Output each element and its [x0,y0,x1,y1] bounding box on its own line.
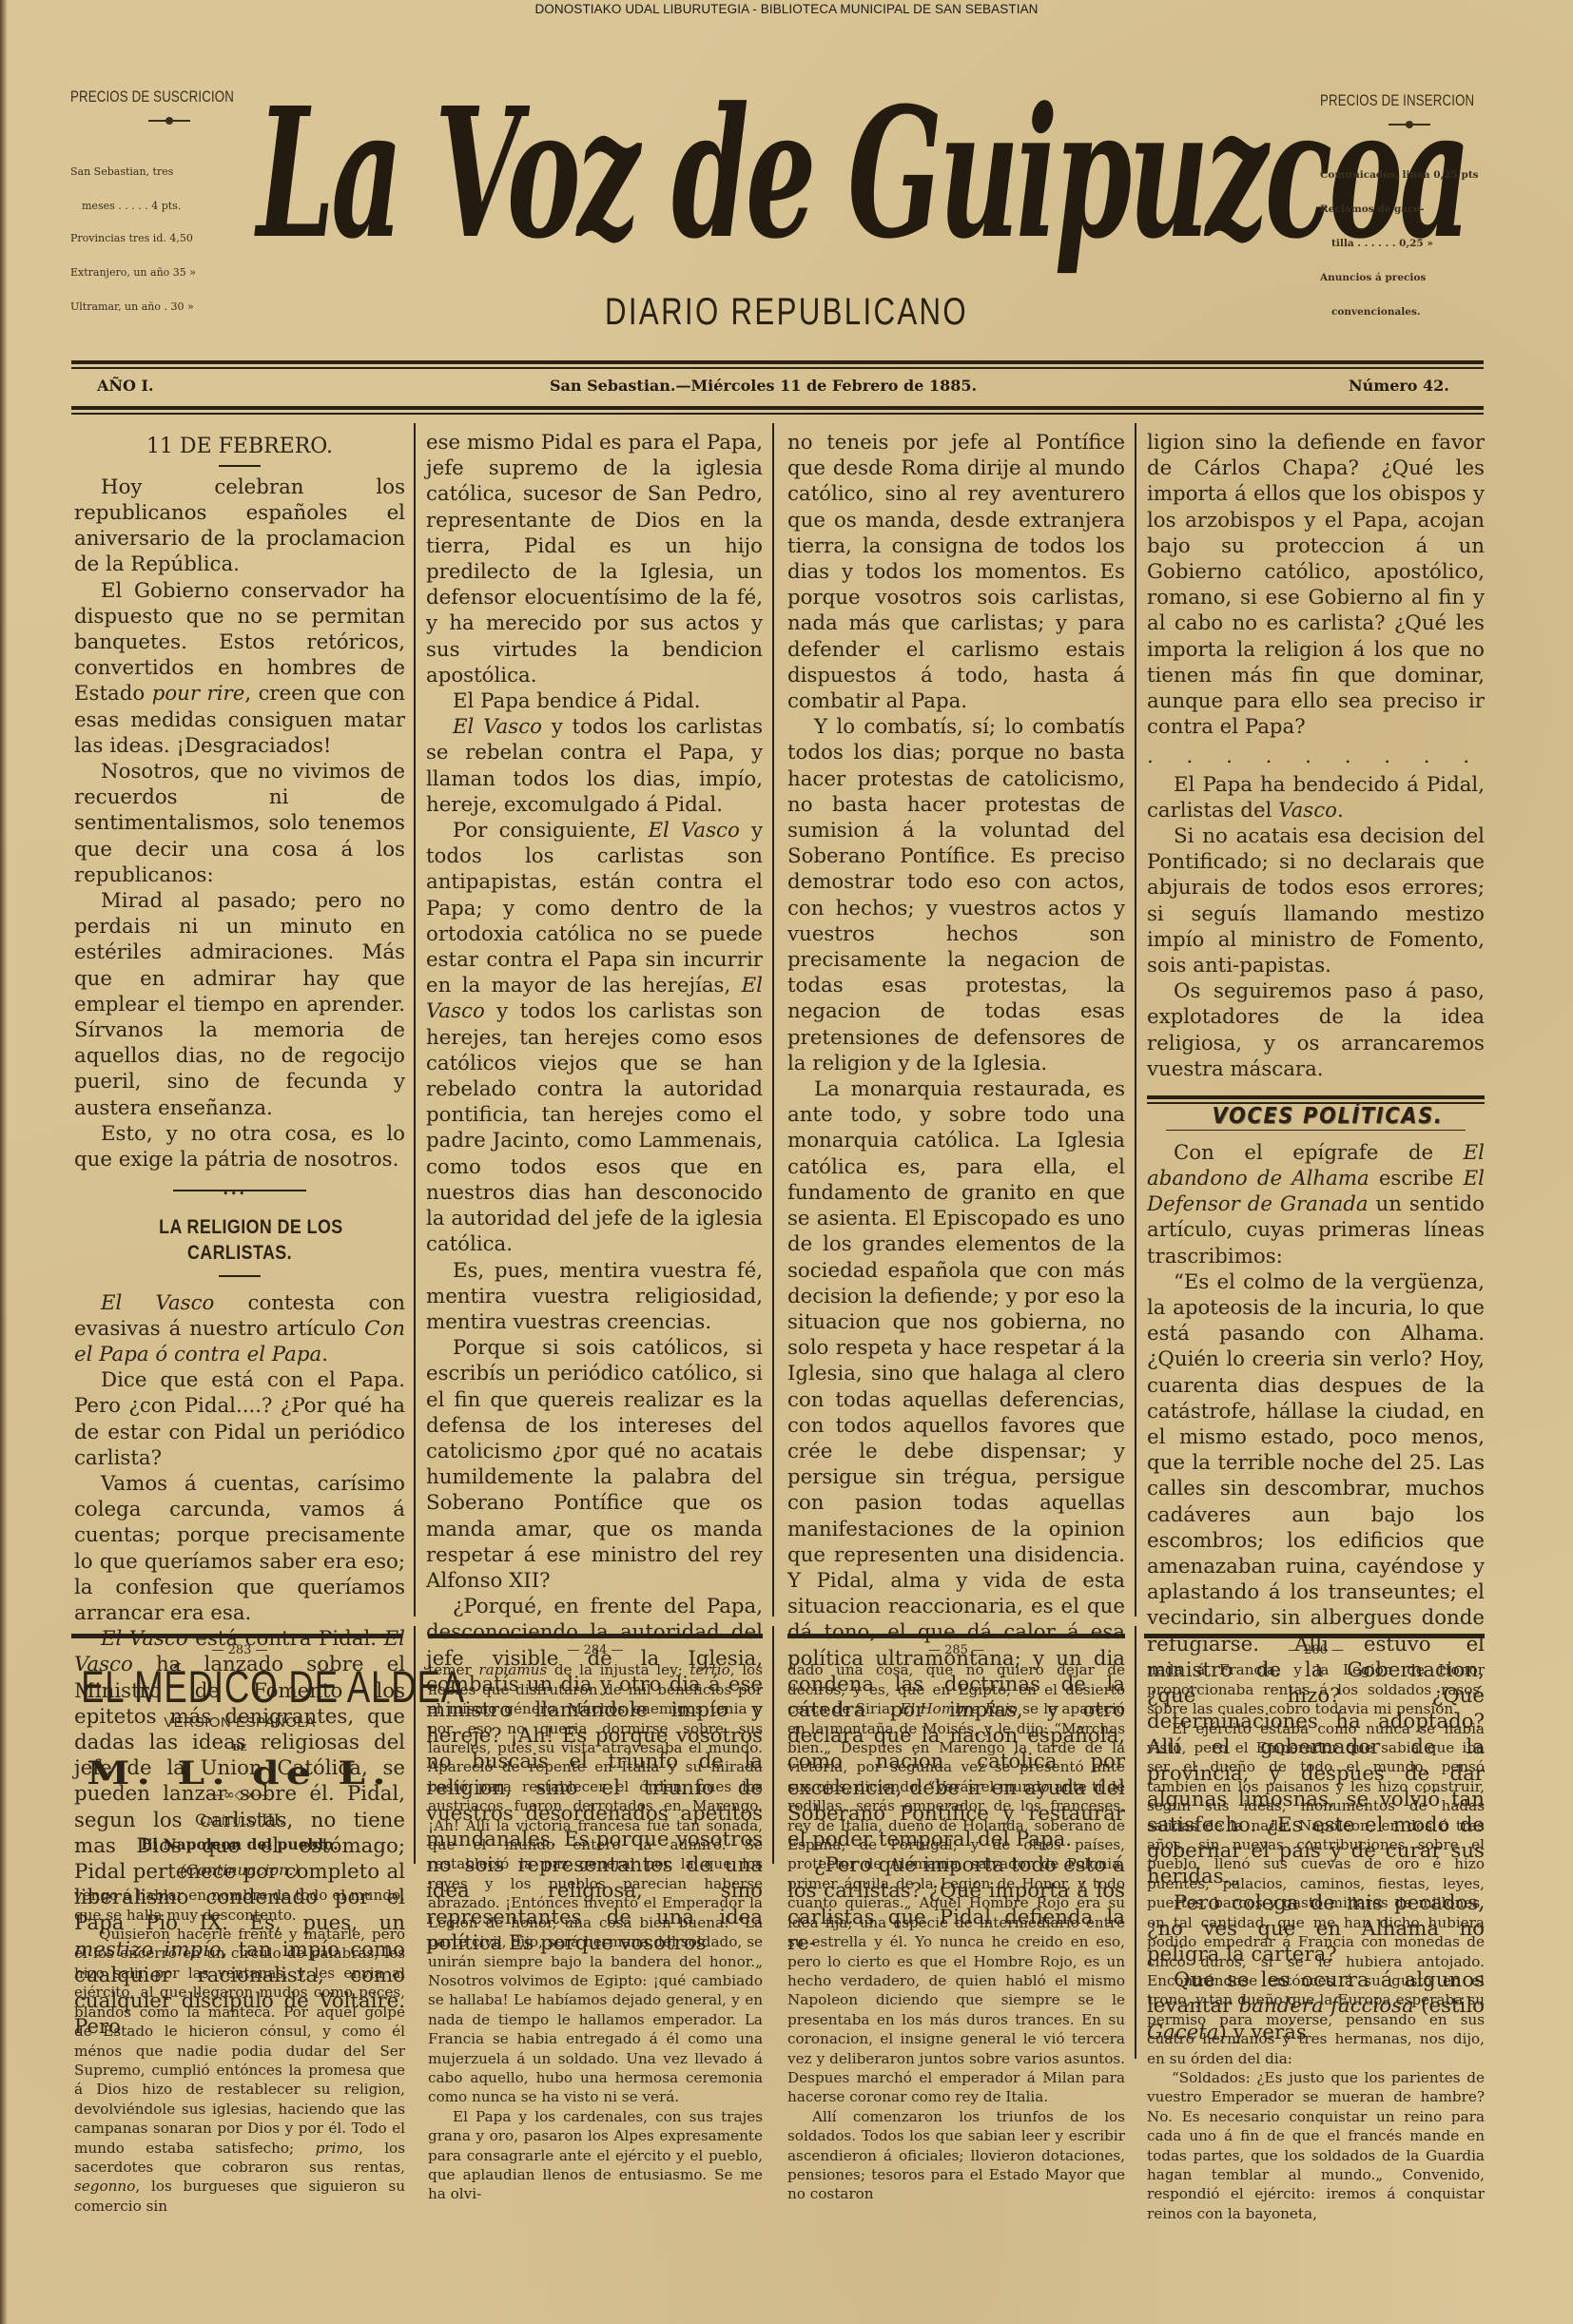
italic-text: pour rire [152,682,245,706]
folletin-column-2: — 284 — temer rapiamus de la injusta ley… [428,1641,763,2204]
section-title: VOCES POLÍTICAS. [1164,1104,1468,1130]
italic-text: El Vasco [426,974,763,1023]
column-divider [414,423,416,1617]
column-divider [772,423,774,1617]
italic-text: El Hombre Rojo [900,1700,1018,1717]
price-line: convencionales. [1331,306,1421,318]
price-line: Reclamos de gace- [1320,203,1425,215]
section-rule [1147,1095,1485,1099]
paragraph: El Vasco y todos los carlistas se rebela… [426,714,763,818]
paragraph: ese mismo Pidal es para el Papa, jefe su… [426,430,763,688]
paragraph: Vamos á cuentas, carísimo colega carcund… [74,1471,405,1626]
dateline-rule [71,406,1484,410]
serial-author: M. L. de L. [41,1764,438,1783]
paragraph: Con el epígrafe de El abandono de Alhama… [1147,1140,1485,1269]
italic-text: Con el Papa ó contra el Papa [74,1317,405,1366]
title-rule [219,1275,261,1277]
paragraph: Dice que está con el Papa. Pero ¿con Pid… [74,1367,405,1471]
paragraph: Hoy celebran los republicanos españoles … [74,474,405,578]
price-line: meses . . . . . 4 pts. [82,200,181,212]
page-edge-shadow [0,0,8,2324]
page-number: — 283 — [74,1641,405,1660]
ellipsis-row: . . . . . . . . . . . . . . . [1147,744,1485,769]
price-line: San Sebastian, tres [70,165,173,178]
ornamental-rule [173,1190,306,1191]
paragraph: El Gobierno conservador ha dispuesto que… [74,578,405,759]
subscription-title: PRECIOS DE SUSCRICION [70,87,219,107]
masthead-rule [71,360,1484,364]
price-line: Provincias tres id. 4,50 [70,232,193,244]
paragraph: ligion sino la defiende en favor de Cárl… [1147,430,1485,740]
column-divider [772,1626,774,1864]
issue-number: Número 42. [1349,377,1449,395]
italic-text: El abandono de Alhama [1147,1141,1485,1191]
paragraph: El ejército estaba como nunca se habia v… [1147,1719,1485,2068]
folletin-rule [1144,1634,1485,1638]
subscription-prices: PRECIOS DE SUSCRICION San Sebastian, tre… [70,87,261,325]
title-rule [219,465,261,467]
paragraph: dado una cosa, que no quiero dejar de de… [787,1660,1125,2106]
insertion-prices: PRECIOS DE INSERCION Comunicados, linea … [1320,91,1548,329]
column-divider [1135,423,1136,1617]
serial-title: EL MÉDICO DE ALDEA [81,1660,398,1714]
ornament-icon [148,120,190,122]
paragraph: Porque si sois católicos, si escribís un… [426,1335,763,1594]
article-title: LA RELIGION DE LOS CARLISTAS. [99,1214,380,1266]
italic-text: Vasco [1278,799,1337,823]
dateline-rule [71,413,1484,415]
chapter-number: Capítulo III. [74,1811,405,1830]
paragraph: nada á Francia, y la Legion de Honor pro… [1147,1660,1485,1718]
italic-text: El Vasco [453,715,542,739]
paragraph: Si no acatais esa decision del Pontifica… [1147,823,1485,978]
year-label: AÑO I. [97,377,154,395]
paragraph: Es, pues, mentira vuestra fé, mentira vu… [426,1258,763,1336]
paragraph: Mirad al pasado; pero no perdais ni un m… [74,888,405,1121]
folletin-rule [428,1634,763,1638]
paragraph: El Papa ha bendecido á Pidal, carlistas … [1147,772,1485,823]
italic-text: El Vasco [101,1291,214,1315]
price-line: tilla . . . . . . 0,25 » [1331,238,1433,249]
folletin-column-1: — 283 — EL MÉDICO DE ALDEA VERSION ESPAÑ… [74,1641,405,2216]
price-line: Anuncios á precios [1320,272,1426,283]
place-date: San Sebastian.—Miércoles 11 de Febrero d… [550,377,977,395]
ornament-icon [1389,124,1430,126]
masthead-rule [71,367,1484,369]
price-line: Extranjero, un año 35 » [70,266,196,279]
paragraph: Nosotros, que no vivimos de recuerdos ni… [74,759,405,888]
paragraph: El Vasco contesta con evasivas á nuestro… [74,1290,405,1368]
archive-watermark: DONOSTIAKO UDAL LIBURUTEGIA - BIBLIOTECA… [0,2,1573,16]
italic-text: rapiamus [478,1661,547,1678]
price-line: Comunicados, linea 0,25 pts [1320,169,1479,181]
column-divider [1135,1626,1136,2059]
page-number: — 284 — [428,1641,763,1660]
continuation-note: (Continuacion.) [74,1861,405,1880]
paragraph: Esto, y no otra cosa, es lo que exige la… [74,1121,405,1172]
paragraph: temer rapiamus de la injusta ley; tertio… [428,1660,763,2106]
italic-text: tertio [689,1661,729,1678]
paragraph: vengo á hablar en nombre de todo el mund… [74,1886,405,1925]
italic-text: segonno [74,2178,135,2195]
folletin-rule [71,1634,402,1638]
page-number: — 285 — [787,1641,1125,1660]
paragraph: El Papa y los cardenales, con sus trajes… [428,2107,763,2204]
paragraph: Os seguiremos paso á paso, explotadores … [1147,978,1485,1082]
paragraph: El Papa bendice á Pidal. [426,688,763,714]
folletin-rule [787,1634,1125,1638]
italic-text: El Vasco [648,819,739,842]
chapter-title: El Napoleon del pueblo. [74,1835,405,1854]
paragraph: “Soldados: ¿Es justo que los parientes d… [1147,2068,1485,2223]
page-number: — 286 — [1147,1641,1485,1660]
paragraph: no teneis por jefe al Pontífice que desd… [787,430,1125,714]
paragraph: Por consiguiente, El Vasco y todos los c… [426,818,763,1257]
newspaper-nameplate: La Voz de Guipuzcoa [257,55,905,293]
insertion-title: PRECIOS DE INSERCION [1320,91,1498,110]
newspaper-subtitle: DIARIO REPUBLICANO [173,291,1400,334]
folletin-column-4: — 286 — nada á Francia, y la Legion de H… [1147,1641,1485,2223]
folletin-column-3: — 285 — dado una cosa, que no quiero dej… [787,1641,1125,2204]
serial-version: VERSION ESPAÑOLA [74,1714,405,1733]
italic-text: primo [316,2140,359,2157]
article-title: 11 DE FEBRERO. [74,434,405,459]
paragraph: Allí comenzaron los triunfos de los sold… [787,2107,1125,2204]
paragraph: Y lo combatís, sí; lo combatís todos los… [787,714,1125,1076]
title-rule [1166,1130,1466,1131]
paragraph: Quisieron hacerle frente y matarle, pero… [74,1925,405,2216]
